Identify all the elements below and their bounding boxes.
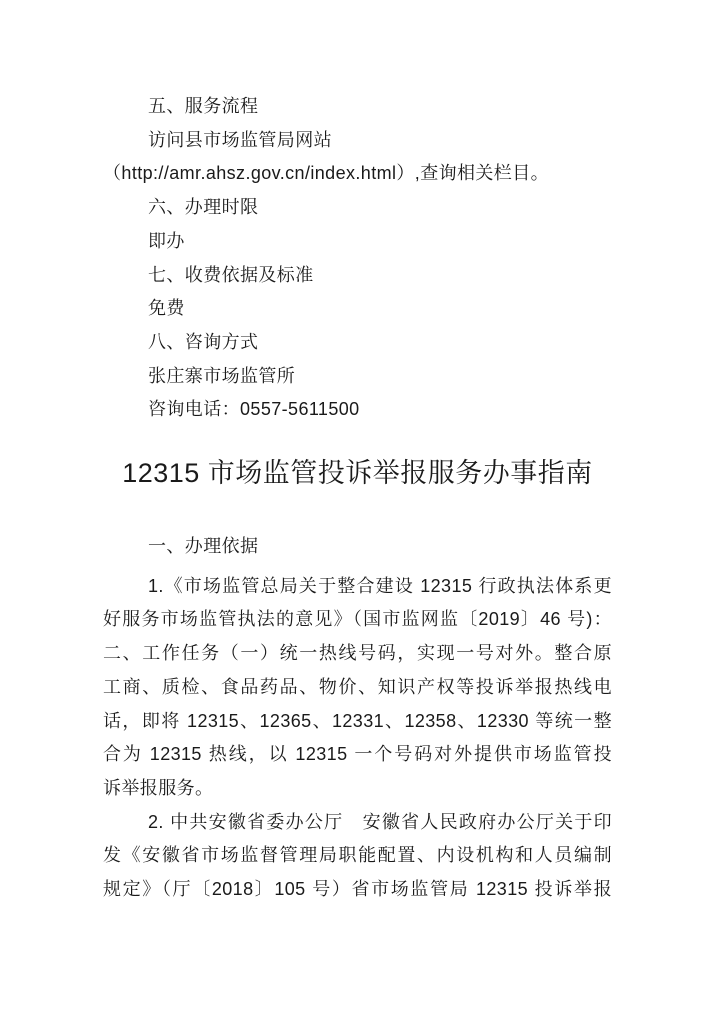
website-url-text: http://amr.ahsz.gov.cn/index.html xyxy=(121,163,396,183)
para1-line-3: 二、工作任务（一）统一热线号码，实现一号对外。整合原 xyxy=(103,637,612,671)
para2-line-2: 发《安徽省市场监督管理局职能配置、内设机构和人员编制 xyxy=(103,839,612,873)
heading-consultation: 八、咨询方式 xyxy=(103,326,612,360)
url-close-suffix: ）,查询相关栏目。 xyxy=(396,163,549,183)
url-open-paren: （ xyxy=(103,163,121,183)
document-content: 五、服务流程 访问县市场监管局网站 （http://amr.ahsz.gov.c… xyxy=(0,0,715,907)
phone-number: 0557-5611500 xyxy=(240,399,360,419)
para1-line-1: 1.《市场监管总局关于整合建设 12315 行政执法体系更 xyxy=(103,570,612,604)
para1-line-4: 工商、质检、食品药品、物价、知识产权等投诉举报热线电 xyxy=(103,671,612,705)
para1-line-7: 诉举报服务。 xyxy=(103,772,612,806)
line-time-limit-value: 即办 xyxy=(103,225,612,259)
para2-line-1: 2. 中共安徽省委办公厅 安徽省人民政府办公厅关于印 xyxy=(103,806,612,840)
line-website-url: （http://amr.ahsz.gov.cn/index.html）,查询相关… xyxy=(103,157,612,191)
heading-time-limit: 六、办理时限 xyxy=(103,191,612,225)
para2-line-3: 规定》（厅〔2018〕105 号）省市场监管局 12315 投诉举报 xyxy=(103,873,612,907)
paragraph-2: 2. 中共安徽省委办公厅 安徽省人民政府办公厅关于印 发《安徽省市场监督管理局职… xyxy=(103,806,612,907)
document-page: 五、服务流程 访问县市场监管局网站 （http://amr.ahsz.gov.c… xyxy=(0,0,715,1011)
para1-line-6: 合为 12315 热线，以 12315 一个号码对外提供市场监管投 xyxy=(103,738,612,772)
line-phone: 咨询电话：0557-5611500 xyxy=(103,393,612,427)
heading-service-process: 五、服务流程 xyxy=(103,90,612,124)
paragraph-1: 1.《市场监管总局关于整合建设 12315 行政执法体系更 好服务市场监管执法的… xyxy=(103,570,612,806)
para1-line-5: 话，即将 12315、12365、12331、12358、12330 等统一整 xyxy=(103,705,612,739)
line-office-name: 张庄寨市场监管所 xyxy=(103,360,612,394)
para1-line-2: 好服务市场监管执法的意见》（国市监网监〔2019〕46 号)： xyxy=(103,603,612,637)
heading-fee-basis: 七、收费依据及标准 xyxy=(103,259,612,293)
heading-basis: 一、办理依据 xyxy=(103,530,612,564)
phone-label: 咨询电话： xyxy=(148,399,240,419)
line-fee-value: 免费 xyxy=(103,292,612,326)
line-visit-website: 访问县市场监管局网站 xyxy=(103,124,612,158)
page-title: 12315 市场监管投诉举报服务办事指南 xyxy=(103,450,612,496)
